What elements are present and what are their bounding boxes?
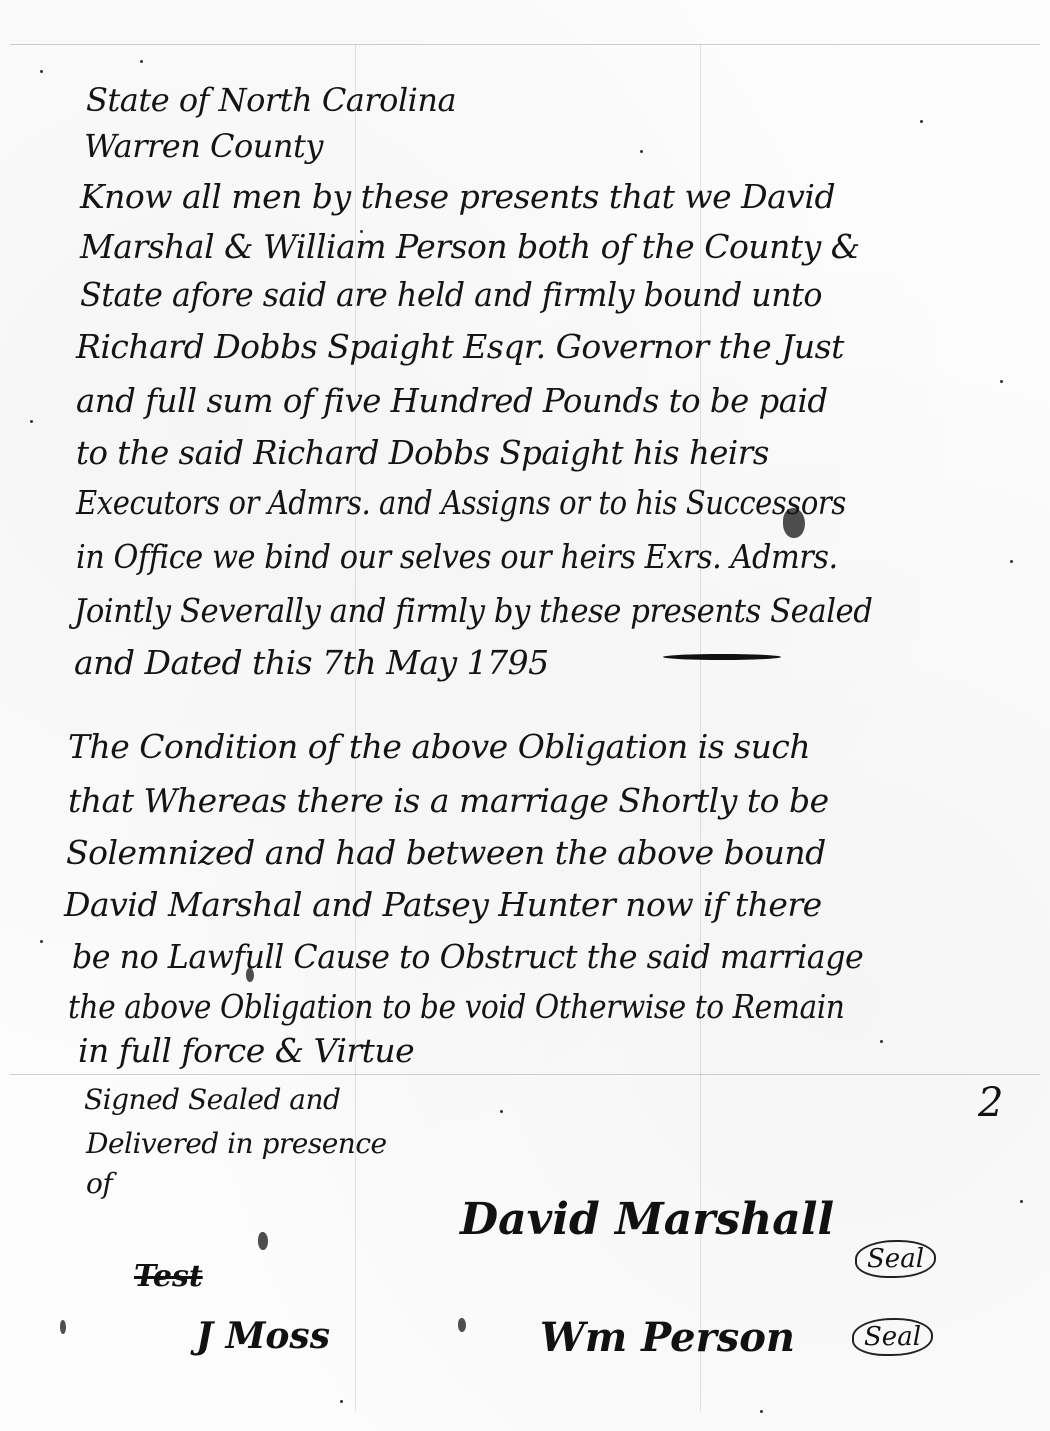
condition-line: be no Lawfull Cause to Obstruct the said… (72, 940, 863, 973)
condition-line: the above Obligation to be void Otherwis… (68, 990, 844, 1023)
bond-line: State afore said are held and firmly bou… (80, 278, 822, 311)
ink-blot (258, 1232, 268, 1250)
seal-2: Seal (852, 1318, 933, 1356)
condition-line: Solemnized and had between the above bou… (66, 836, 826, 869)
witness-signature: J Moss (196, 1318, 330, 1354)
condition-line: that Whereas there is a marriage Shortly… (68, 784, 829, 817)
bond-line: and full sum of five Hundred Pounds to b… (76, 384, 828, 417)
bond-line: in Office we bind our selves our heirs E… (76, 540, 838, 573)
speck (880, 1040, 883, 1043)
speck (340, 1400, 343, 1403)
attestation-line: Signed Sealed and (84, 1086, 340, 1114)
signature-david-marshall: David Marshall (460, 1198, 834, 1242)
ink-blot (60, 1320, 66, 1334)
fold-line-lower (10, 1074, 1040, 1075)
speck (40, 70, 43, 73)
page-number-mark: 2 (978, 1080, 1003, 1126)
condition-line: in full force & Virtue (78, 1034, 414, 1067)
bond-line: Jointly Severally and firmly by these pr… (74, 594, 872, 627)
bond-line: Know all men by these presents that we D… (80, 180, 835, 213)
bond-line: to the said Richard Dobbs Spaight his he… (76, 436, 769, 469)
bond-line: Executors or Admrs. and Assigns or to hi… (76, 486, 846, 519)
attestation-line: of (86, 1170, 112, 1198)
bond-line: Marshal & William Person both of the Cou… (80, 230, 860, 263)
witness-label: Test (134, 1262, 203, 1292)
speck (140, 60, 143, 63)
speck (640, 150, 643, 153)
attestation-line: Delivered in presence (86, 1130, 387, 1158)
condition-line: The Condition of the above Obligation is… (68, 730, 810, 763)
speck (30, 420, 33, 423)
condition-line: David Marshal and Patsey Hunter now if t… (64, 888, 822, 921)
speck (40, 940, 43, 943)
ink-blot (246, 968, 254, 982)
speck (560, 620, 563, 623)
heading-county: Warren County (84, 130, 323, 162)
speck (920, 120, 923, 123)
bond-line: Richard Dobbs Spaight Esqr. Governor the… (76, 330, 844, 363)
speck (1010, 560, 1013, 563)
speck (1020, 1200, 1023, 1203)
seal-1: Seal (855, 1240, 936, 1278)
speck (760, 1410, 763, 1413)
speck (500, 1110, 503, 1113)
speck (360, 230, 363, 233)
signature-william-person: Wm Person (540, 1318, 795, 1358)
date-flourish (663, 654, 781, 660)
bond-date-line: and Dated this 7th May 1795 (74, 646, 549, 679)
fold-line-top (10, 44, 1040, 45)
ink-blot (458, 1318, 466, 1332)
ink-blot (783, 508, 805, 538)
manuscript-page: State of North Carolina Warren County Kn… (0, 0, 1050, 1431)
heading-state: State of North Carolina (86, 84, 456, 116)
speck (1000, 380, 1003, 383)
